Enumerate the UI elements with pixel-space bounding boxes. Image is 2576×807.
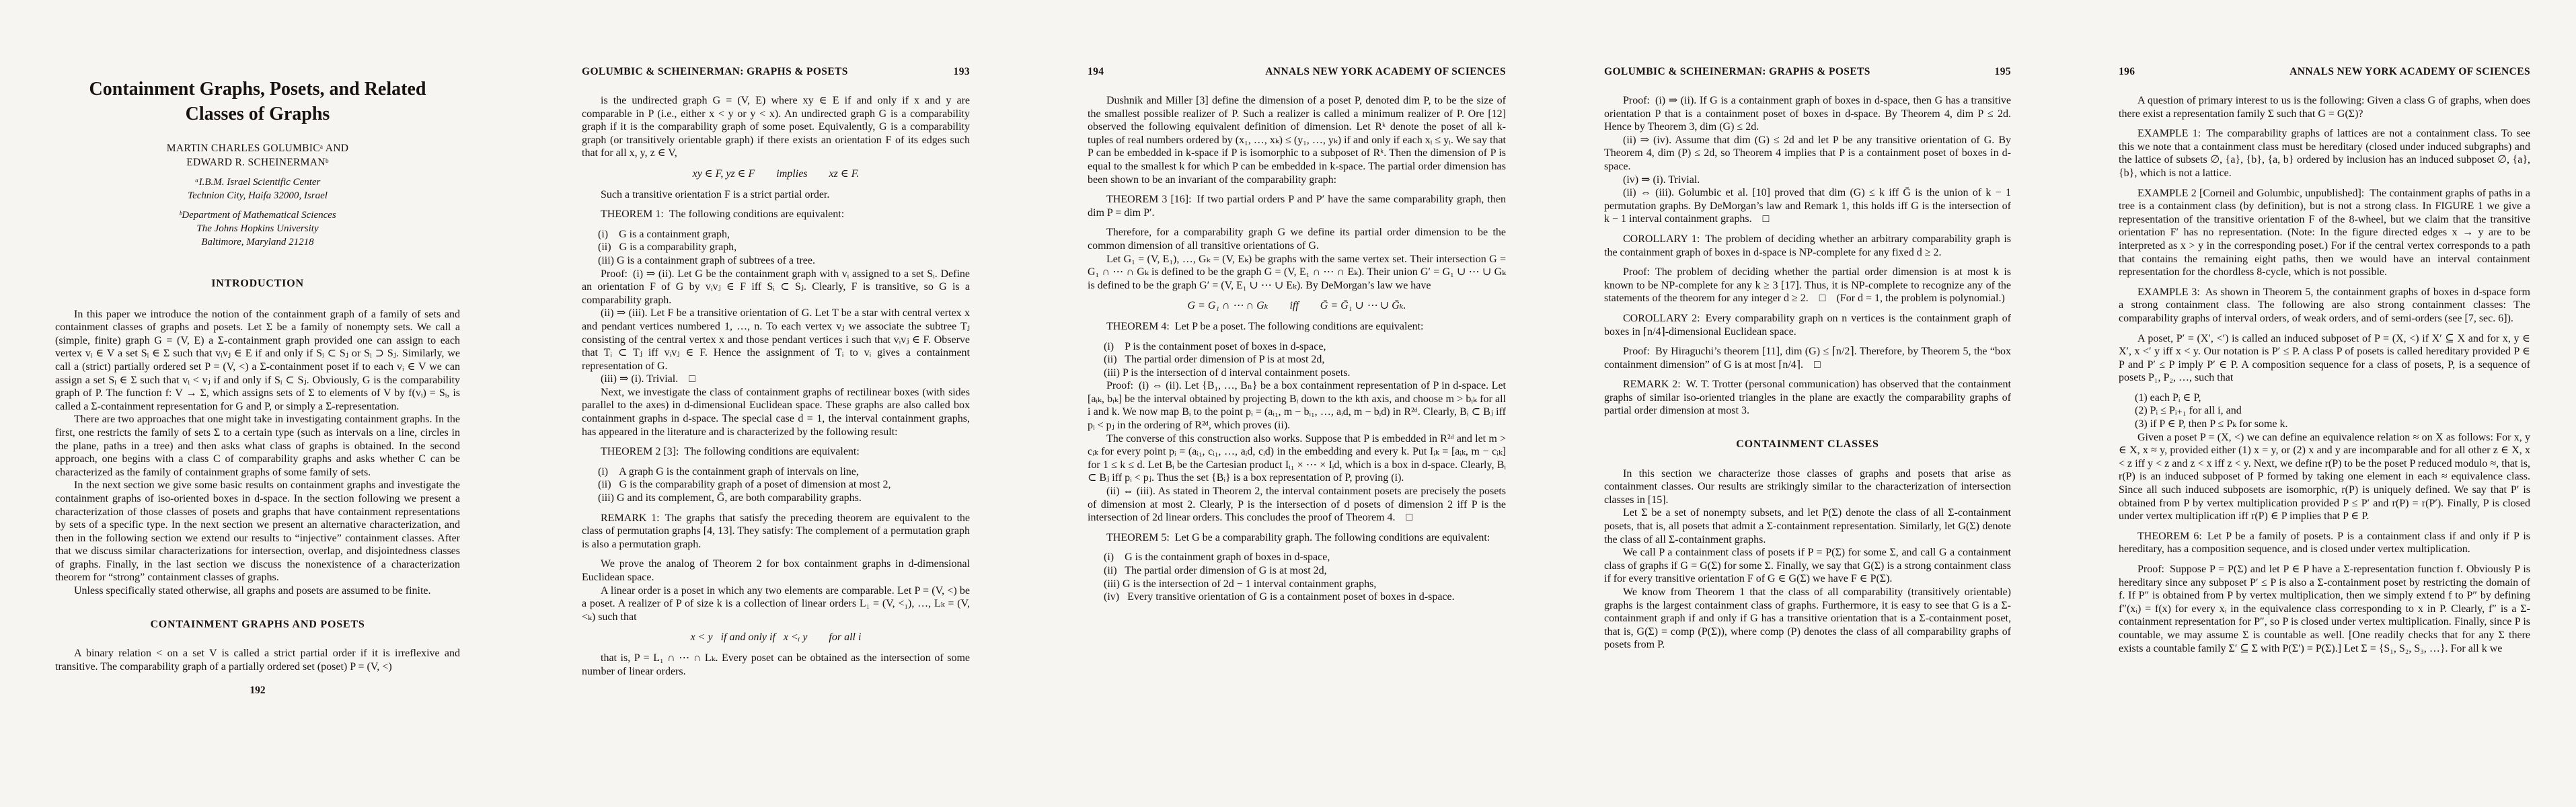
section-heading: CONTAINMENT GRAPHS AND POSETS — [55, 618, 460, 631]
page-196: 196ANNALS NEW YORK ACADEMY OF SCIENCESA … — [2119, 66, 2530, 792]
paragraph: Given a poset P = (X, <) we can define a… — [2119, 431, 2530, 523]
list-item: (ii) The partial order dimension of P is… — [1088, 353, 1506, 367]
paragraph: We prove the analog of Theorem 2 for box… — [582, 558, 970, 584]
affiliation-line: ᵃI.B.M. Israel Scientific Center — [55, 176, 460, 189]
theorem-paragraph: THEOREM 4: Let P be a poset. The followi… — [1088, 320, 1506, 334]
header-page-number: 193 — [954, 66, 970, 78]
paragraph: A question of primary interest to us is … — [2119, 94, 2530, 120]
section-heading: CONTAINMENT CLASSES — [1604, 438, 2011, 451]
paper-title: Containment Graphs, Posets, and Related … — [75, 77, 440, 126]
paragraph: In the next section we give some basic r… — [55, 479, 460, 584]
affiliation-line: Technion City, Haifa 32000, Israel — [55, 189, 460, 202]
affiliation-line: The Johns Hopkins University — [55, 222, 460, 235]
paragraph: (ii) ⇒ (iii). Let F be a transitive orie… — [582, 307, 970, 373]
list-item: (1) each Pᵢ ∈ P, — [2119, 391, 2530, 405]
list-item: (iii) G and its complement, Ḡ, are both… — [582, 492, 970, 505]
paper-spread: Containment Graphs, Posets, and Related … — [0, 0, 2576, 807]
theorem-paragraph: THEOREM 6: Let P be a family of posets. … — [2119, 530, 2530, 556]
list-item: (i) A graph G is the containment graph o… — [582, 465, 970, 479]
list-item: (iv) Every transitive orientation of G i… — [1088, 590, 1506, 604]
paragraph: Proof: Suppose P = P(Σ) and let P ∈ P ha… — [2119, 563, 2530, 655]
section-heading: INTRODUCTION — [55, 277, 460, 291]
theorem-paragraph: Proof: The problem of deciding whether t… — [1604, 266, 2011, 305]
page-194: 194ANNALS NEW YORK ACADEMY OF SCIENCESDu… — [1088, 66, 1506, 792]
paragraph: Therefore, for a comparability graph G w… — [1088, 226, 1506, 252]
author-name: MARTIN CHARLES GOLUMBICᵃ AND — [55, 141, 460, 155]
list-item: (i) P is the containment poset of boxes … — [1088, 340, 1506, 354]
running-header: GOLUMBIC & SCHEINERMAN: GRAPHS & POSETS1… — [1604, 66, 2011, 78]
theorem-paragraph: THEOREM 2 [3]: The following conditions … — [582, 445, 970, 459]
page-192: Containment Graphs, Posets, and Related … — [55, 67, 460, 794]
paragraph: The converse of this construction also w… — [1088, 432, 1506, 485]
display-formula: G = G₁ ∩ ⋯ ∩ Gₖ iff Ḡ = Ḡ₁ ∪ ⋯ ∪ Ḡₖ. — [1088, 299, 1506, 313]
paragraph: Let Σ be a set of nonempty subsets, and … — [1604, 506, 2011, 546]
paragraph: is the undirected graph G = (V, E) where… — [582, 94, 970, 160]
paragraph: Proof: (i) ⇒ (ii). If G is a containment… — [1604, 94, 2011, 134]
paragraph: Dushnik and Miller [3] define the dimens… — [1088, 94, 1506, 186]
header-running-title: GOLUMBIC & SCHEINERMAN: GRAPHS & POSETS — [582, 66, 848, 78]
paragraph: (ii) ⇔ (iii). Golumbic et al. [10] prove… — [1604, 186, 2011, 226]
paragraph: (ii) ⇒ (iv). Assume that dim (G) ≤ 2d an… — [1604, 134, 2011, 174]
list-item: (ii) The partial order dimension of G is… — [1088, 564, 1506, 578]
running-header: GOLUMBIC & SCHEINERMAN: GRAPHS & POSETS1… — [582, 66, 970, 78]
list-item: (i) G is the containment graph of boxes … — [1088, 551, 1506, 564]
header-page-number: 196 — [2119, 66, 2135, 78]
affiliation-line: Baltimore, Maryland 21218 — [55, 235, 460, 249]
paragraph: There are two approaches that one might … — [55, 413, 460, 479]
running-header: 196ANNALS NEW YORK ACADEMY OF SCIENCES — [2119, 66, 2530, 78]
list-item: (ii) G is the comparability graph of a p… — [582, 478, 970, 492]
running-header: 194ANNALS NEW YORK ACADEMY OF SCIENCES — [1088, 66, 1506, 78]
list-item: (iii) P is the intersection of d interva… — [1088, 367, 1506, 380]
list-item: (iii) G is a containment graph of subtre… — [582, 254, 970, 268]
theorem-paragraph: COROLLARY 2: Every comparability graph o… — [1604, 312, 2011, 338]
paragraph: In this section we characterize those cl… — [1604, 467, 2011, 507]
header-running-title: GOLUMBIC & SCHEINERMAN: GRAPHS & POSETS — [1604, 66, 1870, 78]
paragraph: that is, P = L₁ ∩ ⋯ ∩ Lₖ. Every poset ca… — [582, 652, 970, 678]
theorem-paragraph: THEOREM 1: The following conditions are … — [582, 208, 970, 221]
paragraph: Proof: (i) ⇔ (ii). Let {B₁, …, Bₙ} be a … — [1088, 379, 1506, 432]
list-item: (i) G is a containment graph, — [582, 228, 970, 241]
header-running-title: ANNALS NEW YORK ACADEMY OF SCIENCES — [2289, 66, 2530, 78]
paragraph: In this paper we introduce the notion of… — [55, 308, 460, 414]
paragraph: Such a transitive orientation F is a str… — [582, 188, 970, 202]
paragraph: We know from Theorem 1 that the class of… — [1604, 586, 2011, 652]
paragraph: A linear order is a poset in which any t… — [582, 584, 970, 624]
paragraph: (iv) ⇒ (i). Trivial. — [1604, 174, 2011, 187]
paragraph: (iii) ⇒ (i). Trivial. □ — [582, 373, 970, 386]
display-formula: xy ∈ F, yz ∈ F implies xz ∈ F. — [582, 167, 970, 181]
header-running-title: ANNALS NEW YORK ACADEMY OF SCIENCES — [1265, 66, 1506, 78]
page-193: GOLUMBIC & SCHEINERMAN: GRAPHS & POSETS1… — [582, 66, 970, 792]
paragraph: Unless specifically stated otherwise, al… — [55, 584, 460, 598]
theorem-paragraph: EXAMPLE 3: As shown in Theorem 5, the co… — [2119, 286, 2530, 325]
paragraph: We call P a containment class of posets … — [1604, 546, 2011, 586]
paragraph: (ii) ⇔ (iii). As stated in Theorem 2, th… — [1088, 485, 1506, 525]
list-item: (iii) G is the intersection of 2d − 1 in… — [1088, 578, 1506, 591]
page-number: 192 — [55, 684, 460, 697]
theorem-paragraph: Proof: By Hiraguchi’s theorem [11], dim … — [1604, 345, 2011, 371]
paragraph: Next, we investigate the class of contai… — [582, 386, 970, 438]
page-195: GOLUMBIC & SCHEINERMAN: GRAPHS & POSETS1… — [1604, 66, 2011, 792]
display-formula: x < y if and only if x <ᵢ y for all i — [582, 631, 970, 644]
paragraph: A binary relation < on a set V is called… — [55, 647, 460, 673]
theorem-paragraph: EXAMPLE 1: The comparability graphs of l… — [2119, 127, 2530, 180]
theorem-paragraph: EXAMPLE 2 [Corneil and Golumbic, unpubli… — [2119, 187, 2530, 279]
list-item: (2) Pᵢ ≤ Pᵢ₊₁ for all i, and — [2119, 404, 2530, 418]
affiliation-line: ᵇDepartment of Mathematical Sciences — [55, 208, 460, 222]
header-page-number: 194 — [1088, 66, 1104, 78]
list-item: (3) if P ∈ P, then P ≤ Pₖ for some k. — [2119, 418, 2530, 431]
theorem-paragraph: THEOREM 5: Let G be a comparability grap… — [1088, 531, 1506, 545]
theorem-paragraph: COROLLARY 1: The problem of deciding whe… — [1604, 233, 2011, 259]
theorem-paragraph: REMARK 1: The graphs that satisfy the pr… — [582, 512, 970, 551]
header-page-number: 195 — [1995, 66, 2011, 78]
list-item: (ii) G is a comparability graph, — [582, 241, 970, 254]
author-name: EDWARD R. SCHEINERMANᵇ — [55, 155, 460, 169]
theorem-paragraph: REMARK 2: W. T. Trotter (personal commun… — [1604, 378, 2011, 418]
paragraph: A poset, P′ = (X′, <′) is called an indu… — [2119, 332, 2530, 385]
paragraph: Proof: (i) ⇒ (ii). Let G be the containm… — [582, 268, 970, 307]
theorem-paragraph: THEOREM 3 [16]: If two partial orders P … — [1088, 193, 1506, 219]
paragraph: Let G₁ = (V, E₁), …, Gₖ = (V, Eₖ) be gra… — [1088, 253, 1506, 293]
